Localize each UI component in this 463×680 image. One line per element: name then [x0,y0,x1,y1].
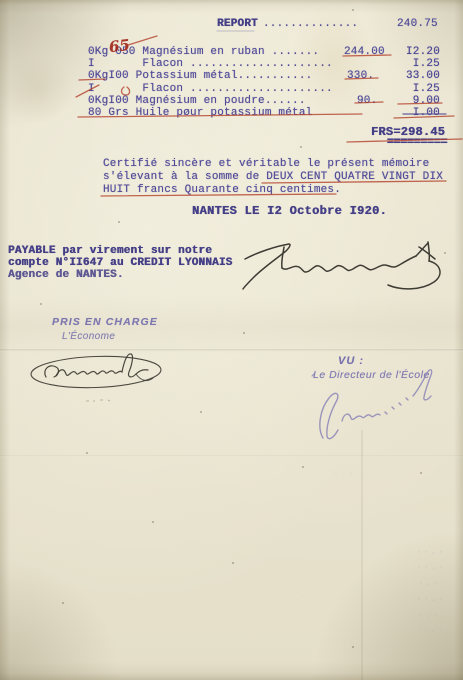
item-amount: 9.00 [413,95,440,107]
fold-crease-vertical [361,430,363,680]
payment-line2: compte N°II647 au CREDIT LYONNAIS [8,257,232,269]
paper-stain [0,55,75,125]
showthrough-marks: ······· [240,574,302,583]
item-price: 330. [347,70,374,82]
item-description: I Flacon ..................... [88,58,333,70]
payment-line3: Agence de NANTES. [8,269,124,281]
showthrough-marks: ········ [235,556,305,565]
payment-line1: PAYABLE par virement sur notre [8,245,212,257]
report-dots: .............. [263,18,358,30]
item-description: 0KgI00 Potassium métal........... [88,70,312,82]
item-price: 90. [357,95,377,107]
showthrough-marks: ·.· [416,579,438,588]
certification-line2-prefix: s'élevant à la somme de [103,171,266,183]
showthrough-marks: ·.·· [414,563,443,572]
report-amount: 240.75 [397,18,438,30]
signature-econome [30,354,161,390]
red-handwritten-annotation: 65 [108,36,131,56]
certification-line1: Certifié sincère et véritable le présent… [103,158,429,170]
showthrough-marks: ········ [235,592,305,601]
table-row: 0KgI00 Potassium métal........... 330. 3… [88,70,463,82]
table-row: I Flacon ..................... I.25 [88,58,463,70]
table-row: 0KgI00 Magnésium en poudre...... 90. 9.0… [88,95,463,107]
table-row: 80 Grs Huile pøur potassium métal I.00 [88,107,463,119]
showthrough-marks: ·.· [416,611,438,620]
showthrough-marks: ·········· [60,620,158,629]
pencil-marks [86,400,110,401]
showthrough-marks: ·.·· [414,595,443,604]
document-page: ·.·· ·.·· ·.· ·.·· ·.· ·.·· ········ ···… [0,0,463,680]
certification-amount-words: DEUX CENT QUATRE VINGT DIX [266,171,443,183]
showthrough-marks: ·.·· [414,548,443,557]
date-line: NANTES LE I2 Octobre I920. [192,205,387,217]
item-amount: I.00 [413,107,440,119]
item-description: 0KgI00 Magnésium en poudre...... [88,95,306,107]
item-description: 80 Grs Huile pøur potassium métal [88,107,312,119]
certification-line2: s'élevant à la somme de DEUX CENT QUATRE… [103,171,443,183]
signature-main [243,242,440,289]
stamp-vu: VU : [338,355,364,367]
stamp-pris-en-charge: PRIS EN CHARGE [52,316,158,328]
certification-line3: HUIT francs Quarante cinq centimes. [103,184,341,196]
table-row: I Flacon ..................... I.25 [88,83,463,95]
item-description: I Flacon ..................... [88,83,333,95]
item-price: 244.00 [344,46,385,58]
report-label: REPORT [217,18,258,30]
showthrough-marks: ····· [330,470,369,479]
showthrough-marks: ·.·· [414,626,443,635]
item-amount: I2.20 [406,46,440,58]
item-amount: 33.00 [406,70,440,82]
stamp-directeur: Le Directeur de l'École [313,369,430,381]
fold-crease-horizontal [0,455,463,457]
table-row: 0Kg 050 Magnésium en ruban ....... 244.0… [88,46,463,58]
total-strike-line: ========= [387,136,447,148]
item-amount: I.25 [413,58,440,70]
item-amount: I.25 [413,83,440,95]
stamp-econome: L'Économe [62,331,115,342]
